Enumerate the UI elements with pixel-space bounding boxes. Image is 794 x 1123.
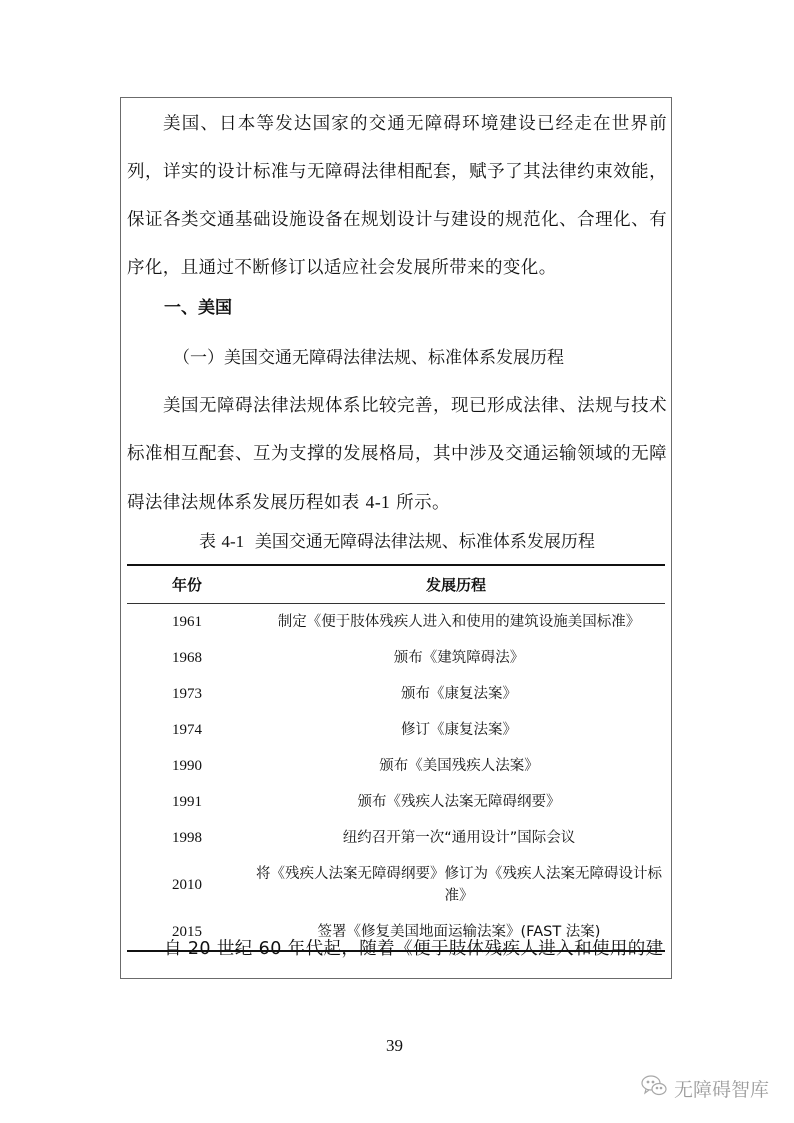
column-header-year: 年份 [127, 565, 247, 604]
table-header-row: 年份 发展历程 [127, 565, 665, 604]
year-cell: 1961 [127, 604, 247, 641]
watermark: 无障碍智库 [640, 1074, 769, 1103]
event-cell: 颁布《美国残疾人法案》 [247, 748, 665, 784]
intro-paragraph: 美国、日本等发达国家的交通无障碍环境建设已经走在世界前列，详实的设计标准与无障碍… [127, 100, 667, 292]
table-row: 1968颁布《建筑障碍法》 [127, 640, 665, 676]
year-cell: 1968 [127, 640, 247, 676]
table-caption: 表 4-1 美国交通无障碍法律法规、标准体系发展历程 [121, 524, 673, 560]
table-row: 1991颁布《残疾人法案无障碍纲要》 [127, 784, 665, 820]
table-row: 1961制定《便于肢体残疾人进入和使用的建筑设施美国标准》 [127, 604, 665, 641]
paragraph-text-end: 所示。 [390, 493, 450, 513]
year-cell: 1974 [127, 712, 247, 748]
continuation-paragraph: 自 20 世纪 60 年代起，随着《便于肢体残疾人进入和使用的建 [164, 931, 664, 967]
event-cell: 纽约召开第一次“通用设计”国际会议 [247, 820, 665, 856]
body-paragraph: 美国无障碍法律法规体系比较完善，现已形成法律、法规与技术标准相互配套、互为支撑的… [127, 382, 667, 527]
event-cell: 制定《便于肢体残疾人进入和使用的建筑设施美国标准》 [247, 604, 665, 641]
event-cell: 颁布《康复法案》 [247, 676, 665, 712]
event-cell: 将《残疾人法案无障碍纲要》修订为《残疾人法案无障碍设计标准》 [247, 856, 665, 914]
column-header-event: 发展历程 [247, 565, 665, 604]
event-cell: 颁布《残疾人法案无障碍纲要》 [247, 784, 665, 820]
table-row: 1990颁布《美国残疾人法案》 [127, 748, 665, 784]
subsection-heading: （一）美国交通无障碍法律法规、标准体系发展历程 [173, 334, 564, 382]
table-row: 1973颁布《康复法案》 [127, 676, 665, 712]
table-reference: 4-1 [366, 492, 391, 512]
caption-prefix: 表 [199, 532, 221, 552]
event-cell: 颁布《建筑障碍法》 [247, 640, 665, 676]
watermark-text: 无障碍智库 [674, 1075, 769, 1102]
table-row: 1974修订《康复法案》 [127, 712, 665, 748]
content-frame: 美国、日本等发达国家的交通无障碍环境建设已经走在世界前列，详实的设计标准与无障碍… [120, 97, 672, 979]
year-cell: 1973 [127, 676, 247, 712]
table-row: 1998纽约召开第一次“通用设计”国际会议 [127, 820, 665, 856]
event-cell: 修订《康复法案》 [247, 712, 665, 748]
year-cell: 1990 [127, 748, 247, 784]
wechat-icon [640, 1074, 668, 1103]
caption-title: 美国交通无障碍法律法规、标准体系发展历程 [244, 532, 595, 552]
year-cell: 1998 [127, 820, 247, 856]
section-heading: 一、美国 [164, 284, 232, 332]
year-cell: 2010 [127, 856, 247, 914]
caption-number: 4-1 [221, 532, 244, 551]
table-row: 2010将《残疾人法案无障碍纲要》修订为《残疾人法案无障碍设计标准》 [127, 856, 665, 914]
year-cell: 1991 [127, 784, 247, 820]
page-number: 39 [386, 1036, 403, 1056]
history-table: 年份 发展历程 1961制定《便于肢体残疾人进入和使用的建筑设施美国标准》 19… [127, 564, 665, 952]
